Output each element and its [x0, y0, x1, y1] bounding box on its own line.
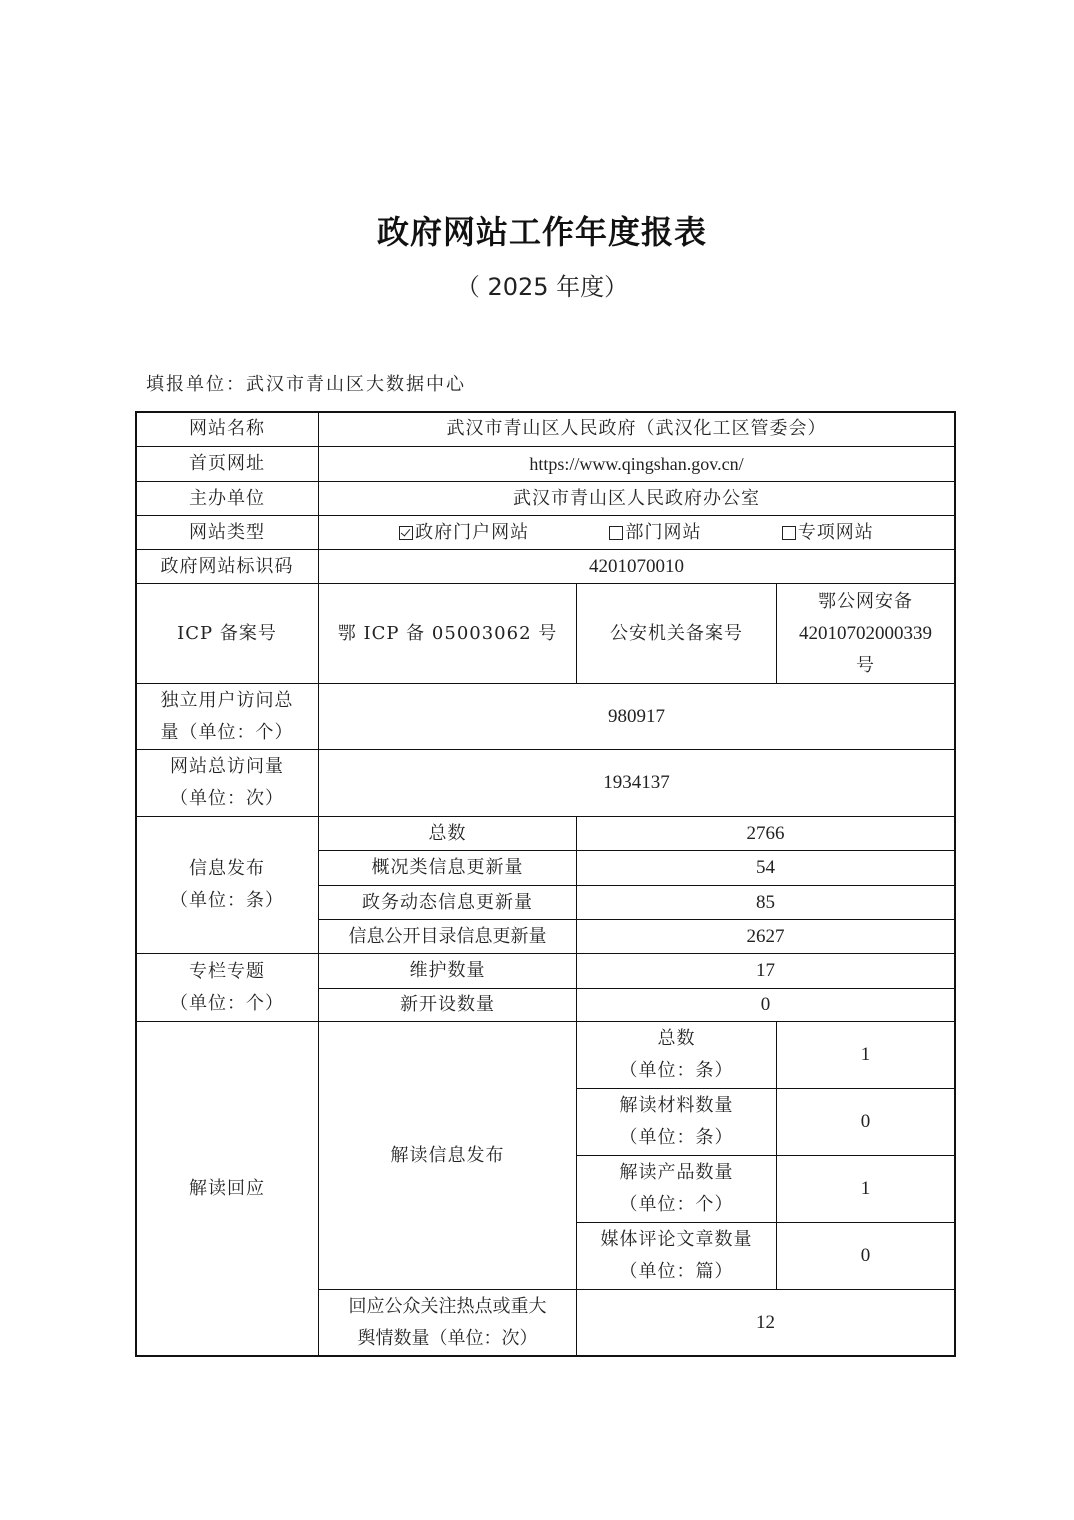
site-type-option-special[interactable]: 专项网站 — [782, 517, 874, 549]
checkbox-unchecked-icon[interactable] — [782, 526, 796, 540]
sponsor-value: 武汉市青山区人民政府办公室 — [318, 481, 955, 516]
info-publish-row-label: 政务动态信息更新量 — [318, 885, 577, 920]
interpretation-row-label: 解读产品数量（单位：个） — [576, 1155, 777, 1223]
unique-visitors-label: 独立用户访问总量（单位：个） — [135, 683, 319, 750]
label-line: （单位：条） — [620, 1055, 734, 1087]
columns-label: 专栏专题（单位：个） — [135, 953, 319, 1022]
columns-row-label: 维护数量 — [318, 953, 577, 989]
interpretation-row-label: 总数（单位：条） — [576, 1021, 777, 1089]
public-response-value: 12 — [576, 1289, 955, 1356]
interpretation-row-label: 解读材料数量（单位：条） — [576, 1088, 777, 1156]
columns-row-value: 0 — [576, 988, 955, 1022]
homepage-url-value: https://www.qingshan.gov.cn/ — [318, 446, 955, 482]
info-publish-row-value: 2627 — [576, 919, 955, 954]
interpretation-publish-label: 解读信息发布 — [318, 1021, 577, 1290]
site-type-label: 网站类型 — [135, 515, 319, 550]
site-id-value: 4201070010 — [318, 549, 955, 584]
site-type-option-label: 政府门户网站 — [415, 517, 529, 549]
label-line: 解读材料数量 — [620, 1090, 734, 1122]
info-publish-label: 信息发布（单位：条） — [135, 816, 319, 954]
label-line: 总数 — [620, 1023, 734, 1055]
site-type-option-label: 部门网站 — [625, 517, 701, 549]
site-type-options: 政府门户网站 部门网站 专项网站 — [318, 515, 955, 550]
label-line: （单位：个） — [620, 1189, 734, 1221]
interpretation-label: 解读回应 — [135, 1021, 319, 1356]
site-name-value: 武汉市青山区人民政府（武汉化工区管委会） — [318, 411, 955, 447]
police-record-line: 号 — [799, 650, 932, 682]
label-line: 量（单位：个） — [161, 717, 294, 749]
info-publish-row-label: 信息公开目录信息更新量 — [318, 919, 577, 954]
sponsor-label: 主办单位 — [135, 481, 319, 516]
interpretation-row-value: 1 — [776, 1155, 955, 1223]
total-visits-label: 网站总访问量（单位：次） — [135, 749, 319, 817]
info-publish-row-label: 总数 — [318, 816, 577, 851]
total-visits-value: 1934137 — [318, 749, 955, 817]
info-publish-row-value: 85 — [576, 885, 955, 920]
icp-value: 鄂 ICP 备 05003062 号 — [318, 583, 577, 684]
checkbox-checked-icon[interactable] — [399, 526, 413, 540]
homepage-url-label: 首页网址 — [135, 446, 319, 482]
site-type-option-label: 专项网站 — [798, 517, 874, 549]
police-record-line: 42010702000339 — [799, 618, 932, 650]
police-record-value: 鄂公网安备 42010702000339 号 — [776, 583, 955, 684]
label-line: 回应公众关注热点或重大 — [349, 1291, 547, 1323]
columns-row-label: 新开设数量 — [318, 988, 577, 1022]
info-publish-row-value: 2766 — [576, 816, 955, 851]
label-line: 网站总访问量 — [170, 751, 284, 783]
unique-visitors-value: 980917 — [318, 683, 955, 750]
label-line: 独立用户访问总 — [161, 685, 294, 717]
public-response-label: 回应公众关注热点或重大舆情数量（单位：次） — [318, 1289, 577, 1356]
columns-row-value: 17 — [576, 953, 955, 989]
site-type-option-department[interactable]: 部门网站 — [609, 517, 701, 549]
label-line: （单位：个） — [170, 988, 284, 1020]
site-type-option-portal[interactable]: 政府门户网站 — [399, 517, 529, 549]
label-line: 解读产品数量 — [620, 1157, 734, 1189]
info-publish-row-label: 概况类信息更新量 — [318, 850, 577, 886]
interpretation-row-value: 0 — [776, 1088, 955, 1156]
label-line: （单位：篇） — [601, 1256, 753, 1288]
label-line: 媒体评论文章数量 — [601, 1224, 753, 1256]
icp-label: ICP 备案号 — [135, 583, 319, 684]
report-table: 网站名称 武汉市青山区人民政府（武汉化工区管委会） 首页网址 https://w… — [0, 0, 1074, 1520]
police-record-label: 公安机关备案号 — [576, 583, 777, 684]
info-publish-row-value: 54 — [576, 850, 955, 886]
interpretation-row-value: 1 — [776, 1021, 955, 1089]
label-line: 专栏专题 — [170, 956, 284, 988]
site-name-label: 网站名称 — [135, 411, 319, 447]
site-id-label: 政府网站标识码 — [135, 549, 319, 584]
label-line: （单位：条） — [170, 885, 284, 917]
label-line: （单位：条） — [620, 1122, 734, 1154]
label-line: （单位：次） — [170, 783, 284, 815]
label-line: 舆情数量（单位：次） — [349, 1323, 547, 1355]
checkbox-unchecked-icon[interactable] — [609, 526, 623, 540]
interpretation-row-label: 媒体评论文章数量（单位：篇） — [576, 1222, 777, 1290]
police-record-line: 鄂公网安备 — [799, 586, 932, 618]
label-line: 信息发布 — [170, 853, 284, 885]
interpretation-row-value: 0 — [776, 1222, 955, 1290]
